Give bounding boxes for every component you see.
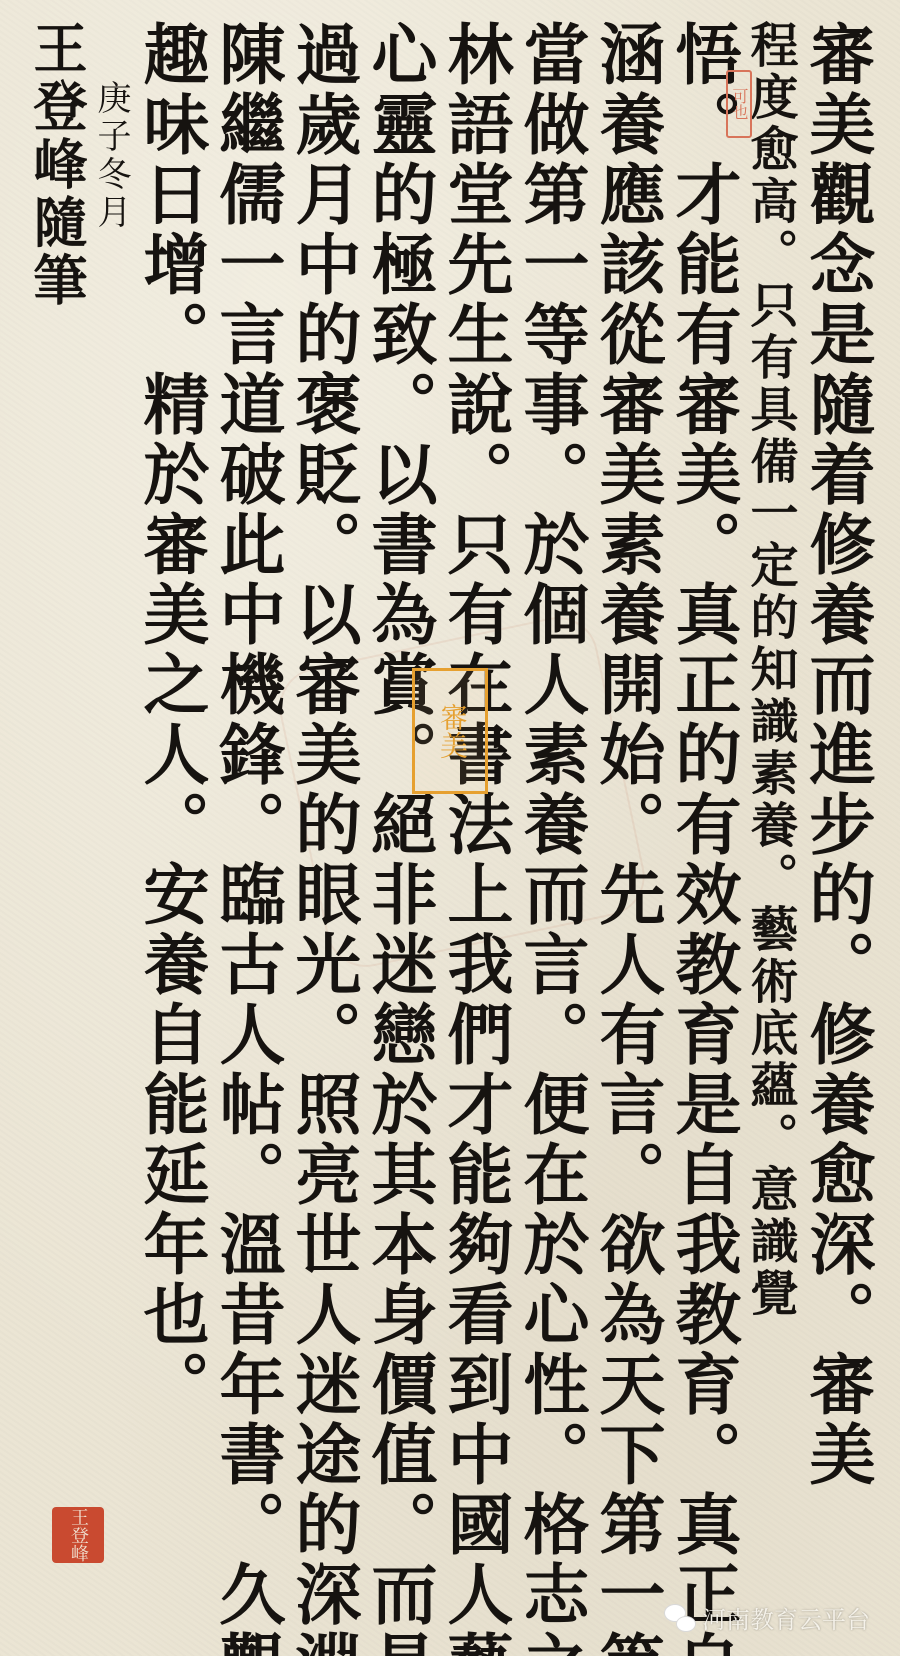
text-column-3: 悟。才能有審美。真正的有效教育是自我教育。真正自我 <box>670 20 736 1536</box>
center-seal: 審美 <box>412 668 488 794</box>
text-column-1: 審美觀念是隨着修養而進步的。修養愈深。審美 <box>804 20 870 1536</box>
text-column-2: 程度愈高。只有具備一定的知識素養。藝術底蘊。意識覺 <box>746 20 794 1536</box>
watermark-text: 河南教育云平台 <box>702 1600 870 1635</box>
text-column-8: 過歲月中的褒貶。以審美的眼光。照亮世人迷途的深淵。明人 <box>290 20 356 1536</box>
text-column-10: 趣味日增。精於審美之人。安養自能延年也。 <box>138 20 204 1536</box>
signature: 王登峰隨筆 <box>30 20 84 1536</box>
text-column-4: 涵養應該從審美素養開始。先人有言。欲為天下第一等人。 <box>594 20 660 1536</box>
text-column-9: 陳繼儒一言道破此中機鋒。臨古人帖。溫昔年書。久觀日親。足可 <box>214 20 280 1536</box>
top-seal: 可也 <box>726 70 752 138</box>
wechat-icon <box>664 1604 696 1632</box>
date-inscription: 庚子冬月 <box>94 80 128 1536</box>
text-column-5: 當做第一等事。於個人素養而言。便在於心性。格志之涵養。 <box>518 20 584 1536</box>
name-seal: 王登峰 <box>52 1507 104 1563</box>
watermark: 河南教育云平台 <box>664 1600 870 1635</box>
